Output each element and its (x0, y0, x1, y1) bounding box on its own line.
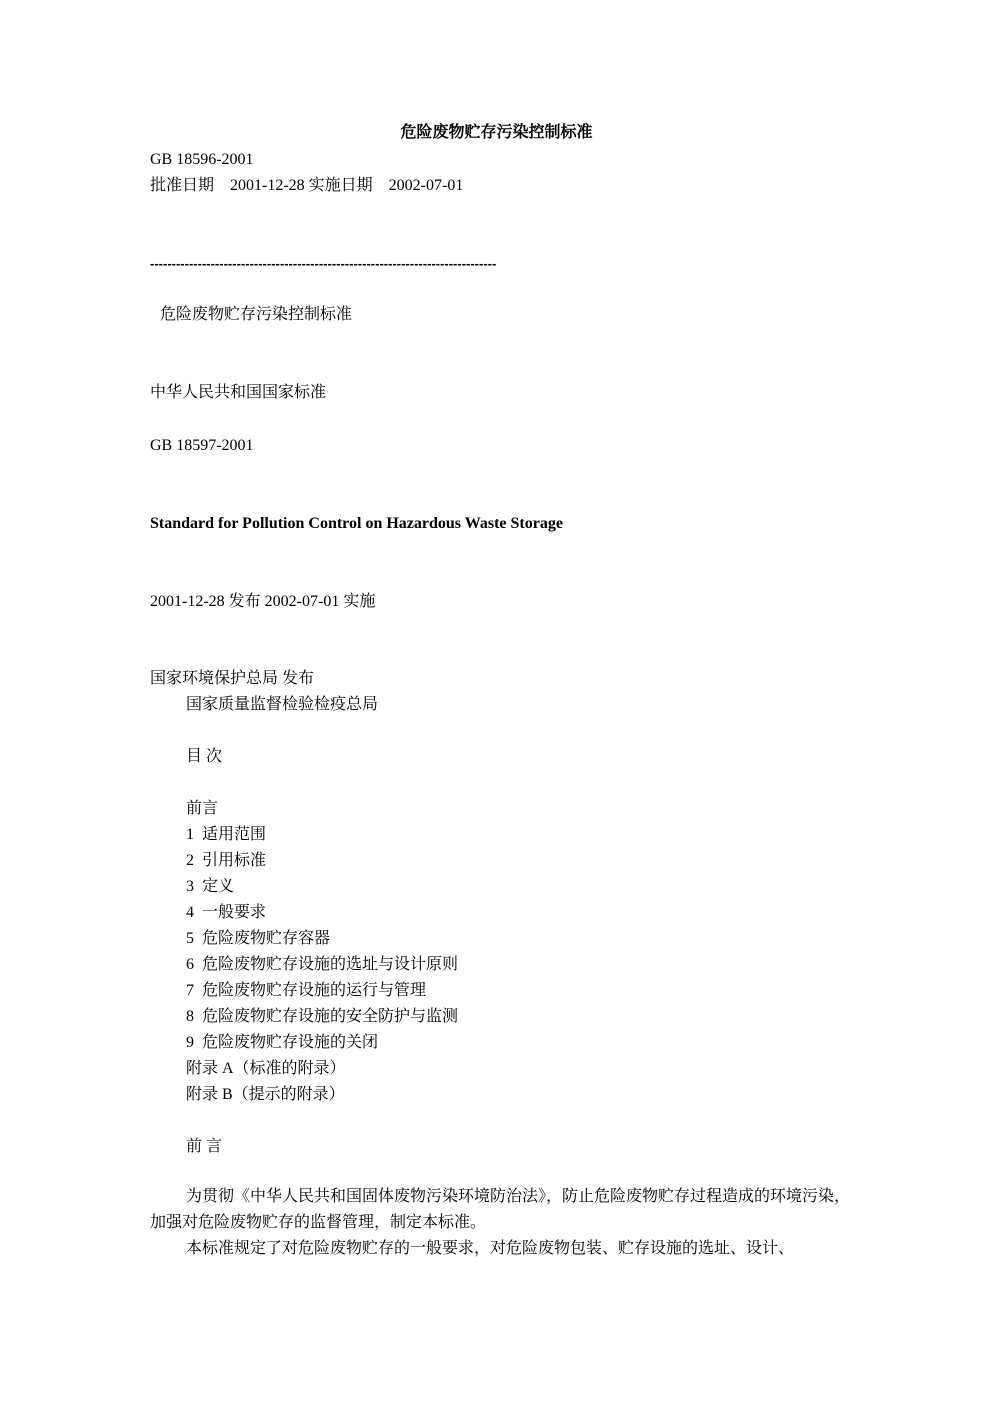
toc-item: 6危险废物贮存设施的选址与设计原则 (186, 955, 458, 975)
english-title: Standard for Pollution Control on Hazard… (150, 514, 563, 534)
toc-item-label: 引用标准 (202, 852, 266, 869)
national-standard-label: 中华人民共和国国家标准 (150, 383, 326, 403)
document-title: 危险废物贮存污染控制标准 (0, 123, 993, 143)
toc-item-label: 危险废物贮存容器 (202, 930, 330, 947)
toc-item-label: 适用范围 (202, 826, 266, 843)
toc-item-label: 前言 (186, 800, 218, 817)
toc-item-number: 7 (186, 981, 202, 1001)
toc-item-number: 9 (186, 1033, 202, 1053)
toc-item-number: 1 (186, 825, 202, 845)
toc-item-number: 6 (186, 955, 202, 975)
standard-code: GB 18597-2001 (150, 436, 254, 456)
toc-item: 8危险废物贮存设施的安全防护与监测 (186, 1007, 458, 1027)
toc-item: 4一般要求 (186, 903, 266, 923)
toc-item-number: 2 (186, 851, 202, 871)
toc-item-label: 一般要求 (202, 904, 266, 921)
toc-item: 5危险废物贮存容器 (186, 929, 330, 949)
toc-item-number: 8 (186, 1007, 202, 1027)
toc-item-label: 定义 (202, 878, 234, 895)
issuer-secondary: 国家质量监督检验检疫总局 (186, 695, 378, 715)
header-code: GB 18596-2001 (150, 150, 254, 170)
toc-item-number: 4 (186, 903, 202, 923)
toc-item-number: 3 (186, 877, 202, 897)
toc-item: 附录 B（提示的附录） (186, 1085, 345, 1105)
toc-item: 9危险废物贮存设施的关闭 (186, 1033, 378, 1053)
toc-item: 前言 (186, 799, 218, 819)
toc-item-label: 危险废物贮存设施的选址与设计原则 (202, 956, 458, 973)
toc-item-number: 5 (186, 929, 202, 949)
preface-paragraph: 为贯彻《中华人民共和国固体废物污染环境防治法》，防止危险废物贮存过程造成的环境污… (150, 1184, 850, 1236)
toc-item-label: 危险废物贮存设施的安全防护与监测 (202, 1008, 458, 1025)
toc-item: 附录 A（标准的附录） (186, 1059, 346, 1079)
preface-heading: 前 言 (186, 1137, 222, 1157)
toc-item: 7危险废物贮存设施的运行与管理 (186, 981, 426, 1001)
document-title-text: 危险废物贮存污染控制标准 (400, 124, 592, 141)
toc-item-label: 附录 A（标准的附录） (186, 1060, 346, 1077)
preface-paragraph: 本标准规定了对危险废物贮存的一般要求，对危险废物包装、贮存设施的选址、设计、 (150, 1236, 850, 1262)
approval-dates: 批准日期 2001-12-28 实施日期 2002-07-01 (150, 176, 463, 196)
separator-line: ----------------------------------------… (150, 254, 616, 274)
toc-item-label: 危险废物贮存设施的运行与管理 (202, 982, 426, 999)
toc-item: 2引用标准 (186, 851, 266, 871)
toc-item: 3定义 (186, 877, 234, 897)
toc-item-label: 危险废物贮存设施的关闭 (202, 1034, 378, 1051)
toc-heading: 目 次 (186, 747, 222, 767)
issuer-primary: 国家环境保护总局 发布 (150, 669, 314, 689)
toc-item: 1适用范围 (186, 825, 266, 845)
subtitle: 危险废物贮存污染控制标准 (160, 305, 352, 325)
release-dates: 2001-12-28 发布 2002-07-01 实施 (150, 592, 375, 612)
toc-item-label: 附录 B（提示的附录） (186, 1086, 345, 1103)
